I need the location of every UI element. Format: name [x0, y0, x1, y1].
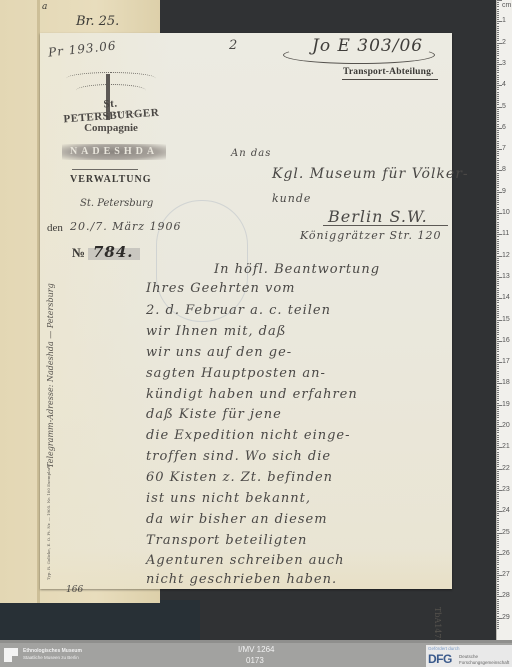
ruler-tick	[497, 345, 499, 346]
ruler-tick	[497, 75, 499, 76]
ruler-tick	[497, 354, 499, 355]
ruler-tick	[497, 175, 499, 176]
address-underline	[323, 225, 448, 226]
ruler-tick	[497, 515, 499, 516]
ruler-tick	[497, 364, 499, 365]
ruler-tick	[497, 347, 499, 348]
ruler-tick	[497, 599, 499, 600]
ruler-tick	[497, 275, 499, 276]
ruler-tick	[497, 558, 499, 559]
ruler-tick	[497, 138, 499, 139]
ruler-tick	[497, 102, 499, 103]
ruler-tick	[497, 439, 499, 440]
ruler-tick	[497, 305, 499, 306]
ruler-tick	[497, 83, 499, 84]
ruler-tick	[497, 17, 499, 18]
ruler-tick	[497, 198, 499, 199]
ruler-tick	[497, 209, 499, 210]
ruler-tick	[497, 386, 499, 387]
ruler-tick	[497, 473, 499, 474]
ruler-tick	[497, 53, 499, 54]
ruler-tick	[497, 49, 499, 50]
ruler-label: 13	[502, 273, 510, 280]
ruler-tick	[497, 292, 499, 293]
ruler-tick	[497, 62, 499, 63]
salutation: An das	[231, 148, 271, 159]
ruler-tick	[497, 145, 499, 146]
ruler-tick	[497, 398, 499, 399]
ruler-label: 29	[502, 614, 510, 621]
ruler-tick	[497, 588, 499, 589]
ruler-tick	[497, 581, 499, 582]
body-line: wir uns auf den ge-	[146, 345, 292, 360]
ruler-tick	[497, 302, 499, 303]
ruler-tick	[497, 13, 499, 14]
ruler-tick	[497, 339, 499, 340]
ruler-tick	[497, 68, 499, 69]
ruler-tick	[497, 200, 499, 201]
ruler-tick	[497, 400, 499, 401]
margin-number: 166	[66, 585, 83, 595]
ruler-tick	[497, 466, 499, 467]
ruler-tick	[497, 464, 499, 465]
ruler-tick	[497, 435, 499, 436]
ruler-tick	[497, 475, 499, 476]
ruler-tick	[497, 187, 499, 188]
ruler-tick	[497, 422, 499, 423]
ruler-tick	[497, 573, 499, 574]
ruler-tick	[497, 494, 499, 495]
ruler-tick	[497, 458, 499, 459]
scan-page-number: 0173	[246, 656, 264, 665]
ruler-tick	[497, 132, 499, 133]
ruler-label: 19	[502, 401, 510, 408]
recipient-street: Königgrätzer Str. 120	[300, 229, 442, 242]
old-page-mark: Br. 25.	[76, 14, 119, 29]
ruler-tick	[497, 479, 499, 480]
ruler-tick	[497, 253, 499, 254]
ruler-tick	[497, 179, 499, 180]
ruler-tick	[497, 539, 499, 540]
ruler-tick	[497, 509, 499, 510]
ruler-tick	[497, 70, 499, 71]
ruler-tick	[497, 371, 499, 372]
ruler-tick	[497, 356, 499, 357]
ruler-tick	[497, 616, 499, 617]
ruler-label: 27	[502, 571, 510, 578]
ruler-tick	[497, 38, 499, 39]
ruler-tick	[497, 498, 499, 499]
ruler-tick	[497, 87, 499, 88]
ruler-tick	[497, 528, 499, 529]
ornament	[76, 84, 146, 97]
scan-backdrop-shadow	[0, 600, 200, 640]
ruler-tick	[497, 368, 499, 369]
ruler-tick	[497, 92, 499, 93]
ruler-tick	[497, 381, 499, 382]
ruler-tick	[497, 51, 499, 52]
ruler-tick	[497, 424, 499, 425]
ruler-tick	[497, 258, 499, 259]
ruler-tick	[497, 624, 499, 625]
recipient-line2: kunde	[272, 192, 311, 205]
ruler-tick	[497, 358, 499, 359]
ruler-tick	[497, 550, 499, 551]
ruler-tick	[497, 309, 499, 310]
ruler-tick	[497, 571, 499, 572]
ruler-tick	[497, 147, 499, 148]
ruler-tick	[497, 592, 499, 593]
ruler-label: 8	[502, 166, 506, 173]
ruler-tick	[497, 26, 499, 27]
ruler-tick	[497, 58, 499, 59]
ruler-tick	[497, 332, 499, 333]
ruler-tick	[497, 351, 499, 352]
ruler-tick	[497, 2, 499, 3]
ruler-tick	[497, 130, 499, 131]
institution-name: Ethnologisches Museum	[23, 648, 82, 654]
ruler-tick	[497, 164, 499, 165]
ruler-tick	[497, 158, 499, 159]
letterhead-rule	[72, 169, 138, 170]
ruler-tick	[497, 113, 499, 114]
ruler-label: 5	[502, 103, 506, 110]
body-line: kündigt haben und erfahren	[146, 387, 358, 402]
ruler-tick	[497, 72, 499, 73]
funder-line2: Forschungsgemeinschaft	[459, 660, 509, 665]
ruler-tick	[497, 392, 499, 393]
ruler-tick	[497, 183, 499, 184]
ruler-tick	[497, 522, 499, 523]
ruler-tick	[497, 28, 499, 29]
ruler-tick	[497, 162, 499, 163]
body-line: troffen sind. Wo sich die	[146, 449, 331, 464]
ruler-tick	[497, 236, 499, 237]
body-line: 60 Kisten z. Zt. befinden	[146, 470, 333, 485]
funder-line1: Deutsche	[459, 654, 478, 659]
body-line: 2. d. Februar a. c. teilen	[146, 303, 331, 318]
ruler-tick	[497, 60, 499, 61]
body-line: nicht geschrieben haben.	[146, 572, 337, 587]
ruler-tick	[497, 607, 499, 608]
ruler-tick	[497, 552, 499, 553]
ruler-tick	[497, 569, 499, 570]
ruler-tick	[497, 36, 499, 37]
recipient-line1: Kgl. Museum für Völker-	[272, 166, 469, 182]
ruler-tick	[497, 117, 499, 118]
ruler-tick	[497, 153, 499, 154]
ruler-tick	[497, 45, 499, 46]
ruler-tick	[497, 326, 499, 327]
ruler-label: 18	[502, 379, 510, 386]
ruler-tick	[497, 530, 499, 531]
ruler-tick	[497, 577, 499, 578]
ruler-tick	[497, 264, 499, 265]
city-label: St. Petersburg	[80, 198, 153, 209]
institution-sub: Staatliche Museen zu Berlin	[23, 655, 79, 660]
ruler-tick	[497, 296, 499, 297]
ruler-tick	[497, 100, 499, 101]
ruler-tick	[497, 228, 499, 229]
ruler-tick	[497, 462, 499, 463]
ruler-tick	[497, 89, 499, 90]
department-label: VERWALTUNG	[70, 174, 152, 185]
ruler-tick	[497, 456, 499, 457]
section-label: Transport-Abteilung.	[343, 67, 434, 77]
ruler-tick	[497, 603, 499, 604]
ruler-label: 10	[502, 209, 510, 216]
ruler-tick	[497, 590, 499, 591]
section-underline	[342, 79, 438, 80]
ruler-tick	[497, 104, 499, 105]
date-value: 20./7. März 1906	[70, 220, 182, 233]
ruler-tick	[497, 251, 499, 252]
ruler-tick	[497, 294, 499, 295]
ruler-tick	[497, 136, 499, 137]
ruler-tick	[497, 328, 499, 329]
ruler-tick	[497, 609, 499, 610]
ruler-tick	[497, 452, 499, 453]
ruler-tick	[497, 628, 499, 629]
archive-mark: TbA1473	[433, 607, 442, 644]
ruler-tick	[497, 443, 499, 444]
reference-flourish	[283, 46, 435, 64]
recipient-city: Berlin S.W.	[328, 207, 428, 226]
ruler-tick	[497, 411, 499, 412]
body-line: sagten Hauptposten an-	[146, 366, 326, 381]
ruler-tick	[497, 307, 499, 308]
ruler-tick	[497, 388, 499, 389]
ruler-tick	[497, 273, 499, 274]
ruler-tick	[497, 196, 499, 197]
ruler-tick	[497, 541, 499, 542]
ruler-tick	[497, 373, 499, 374]
ruler-tick	[497, 520, 499, 521]
ruler-label: 4	[502, 81, 506, 88]
ruler-tick	[497, 562, 499, 563]
company-brand: NADESHDA	[62, 144, 166, 160]
ruler-label: 25	[502, 529, 510, 536]
ruler-tick	[497, 241, 499, 242]
body-line: ist uns nicht bekannt,	[146, 491, 311, 506]
ruler-tick	[497, 586, 499, 587]
ruler-label: 6	[502, 124, 506, 131]
ruler-tick	[497, 481, 499, 482]
ruler-tick	[497, 379, 499, 380]
ruler-tick	[497, 115, 499, 116]
ruler-tick	[497, 19, 499, 20]
body-line: die Expedition nicht einge-	[146, 428, 351, 443]
ruler-label: 28	[502, 592, 510, 599]
company-logo: St. PETERSBURGER Compagnie NADESHDA	[56, 68, 166, 166]
body-line: daß Kiste für jene	[146, 407, 282, 422]
ruler-label: 15	[502, 316, 510, 323]
ruler-tick	[497, 77, 499, 78]
ruler-tick	[497, 111, 499, 112]
ruler-tick	[497, 445, 499, 446]
ruler-tick	[497, 334, 499, 335]
ruler-tick	[497, 454, 499, 455]
ruler-tick	[497, 177, 499, 178]
ruler-tick	[497, 507, 499, 508]
ruler-tick	[497, 94, 499, 95]
ruler-tick	[497, 166, 499, 167]
ruler-tick	[497, 143, 499, 144]
ruler-tick	[497, 537, 499, 538]
ruler-tick	[497, 290, 499, 291]
ruler-label: 26	[502, 550, 510, 557]
ruler-tick	[497, 230, 499, 231]
measurement-ruler: cm 1234567891011121314151617181920212223…	[496, 0, 512, 640]
ruler-tick	[497, 601, 499, 602]
ruler-tick	[497, 81, 499, 82]
ruler-tick	[497, 181, 499, 182]
ruler-label: 17	[502, 358, 510, 365]
ruler-tick	[497, 543, 499, 544]
ruler-tick	[497, 409, 499, 410]
ruler-tick	[497, 66, 499, 67]
ruler-tick	[497, 119, 499, 120]
ruler-tick	[497, 47, 499, 48]
ruler-tick	[497, 567, 499, 568]
ruler-tick	[497, 337, 499, 338]
ruler-tick	[497, 366, 499, 367]
ruler-tick	[497, 23, 499, 24]
ruler-tick	[497, 300, 499, 301]
ruler-tick	[497, 349, 499, 350]
company-type: Compagnie	[56, 122, 166, 134]
ruler-tick	[497, 126, 499, 127]
old-page-mark: a	[42, 2, 47, 12]
ruler-tick	[497, 471, 499, 472]
ruler-tick	[497, 496, 499, 497]
ruler-tick	[497, 285, 499, 286]
ruler-tick	[497, 217, 499, 218]
ruler-tick	[497, 518, 499, 519]
ruler-tick	[497, 219, 499, 220]
ruler-tick	[497, 279, 499, 280]
ruler-tick	[497, 98, 499, 99]
ruler-label: 14	[502, 294, 510, 301]
number-label: №	[72, 245, 85, 261]
ruler-tick	[497, 243, 499, 244]
ruler-tick	[497, 488, 499, 489]
ruler-tick	[497, 626, 499, 627]
ruler-tick	[497, 611, 499, 612]
ruler-tick	[497, 403, 499, 404]
ruler-tick	[497, 271, 499, 272]
ruler-tick	[497, 247, 499, 248]
ruler-tick	[497, 124, 499, 125]
ruler-tick	[497, 526, 499, 527]
ruler-tick	[497, 224, 499, 225]
ruler-tick	[497, 513, 499, 514]
ruler-tick	[497, 194, 499, 195]
ruler-tick	[497, 484, 499, 485]
ruler-tick	[497, 79, 499, 80]
ruler-tick	[497, 417, 499, 418]
ruler-tick	[497, 605, 499, 606]
ruler-tick	[497, 155, 499, 156]
ruler-tick	[497, 460, 499, 461]
ruler-tick	[497, 0, 502, 1]
ruler-label: 21	[502, 443, 510, 450]
ruler-tick	[497, 330, 499, 331]
body-line: wir Ihnen mit, daß	[146, 324, 286, 339]
ruler-unit: cm	[502, 2, 511, 9]
ruler-tick	[497, 268, 499, 269]
ruler-tick	[497, 420, 499, 421]
ruler-tick	[497, 390, 499, 391]
ruler-tick	[497, 394, 499, 395]
ruler-tick	[497, 428, 499, 429]
ruler-tick	[497, 190, 499, 191]
ruler-tick	[497, 11, 499, 12]
ruler-label: 7	[502, 145, 506, 152]
telegram-address: Telegramm-Adresse: Nadeshda — Petersburg	[46, 283, 55, 468]
ruler-tick	[497, 437, 499, 438]
body-line: Ihres Geehrten vom	[146, 281, 296, 296]
ruler-tick	[497, 283, 499, 284]
ruler-label: 24	[502, 507, 510, 514]
ruler-label: 12	[502, 252, 510, 259]
ruler-label: 16	[502, 337, 510, 344]
ruler-label: 20	[502, 422, 510, 429]
ruler-tick	[497, 4, 499, 5]
ruler-tick	[497, 168, 499, 169]
ruler-tick	[497, 249, 499, 250]
ruler-tick	[497, 207, 499, 208]
funder-caption: Gefördert durch	[428, 646, 460, 651]
ruler-tick	[497, 313, 499, 314]
ruler-tick	[497, 34, 499, 35]
ruler-tick	[497, 262, 499, 263]
date-prefix: den	[47, 222, 63, 234]
ruler-tick	[497, 40, 499, 41]
ruler-label: 1	[502, 17, 506, 24]
ruler-tick	[497, 151, 499, 152]
ruler-tick	[497, 375, 499, 376]
ruler-tick	[497, 266, 499, 267]
ruler-label: 11	[502, 230, 509, 237]
ruler-tick	[497, 556, 499, 557]
ruler-tick	[497, 377, 499, 378]
ruler-tick	[497, 173, 499, 174]
ruler-tick	[497, 524, 499, 525]
ruler-tick	[497, 415, 499, 416]
printer-note: Typ. R. Golicke, E. O. Pt. Nr. — 1905. N…	[46, 465, 51, 580]
ruler-tick	[497, 260, 499, 261]
ruler-label: 23	[502, 486, 510, 493]
ruler-tick	[497, 232, 499, 233]
ruler-tick	[497, 202, 499, 203]
ruler-tick	[497, 121, 499, 122]
ruler-label: 2	[502, 39, 506, 46]
ruler-tick	[497, 6, 499, 7]
ruler-tick	[497, 311, 499, 312]
ruler-tick	[497, 430, 499, 431]
ruler-tick	[497, 185, 499, 186]
ruler-tick	[497, 226, 499, 227]
ruler-tick	[497, 622, 499, 623]
ruler-tick	[497, 211, 499, 212]
ruler-tick	[497, 535, 499, 536]
ruler-label: 3	[502, 60, 506, 67]
ruler-tick	[497, 30, 499, 31]
ruler-tick	[497, 396, 499, 397]
dfg-logo: DFG	[428, 652, 452, 666]
ruler-tick	[497, 204, 499, 205]
